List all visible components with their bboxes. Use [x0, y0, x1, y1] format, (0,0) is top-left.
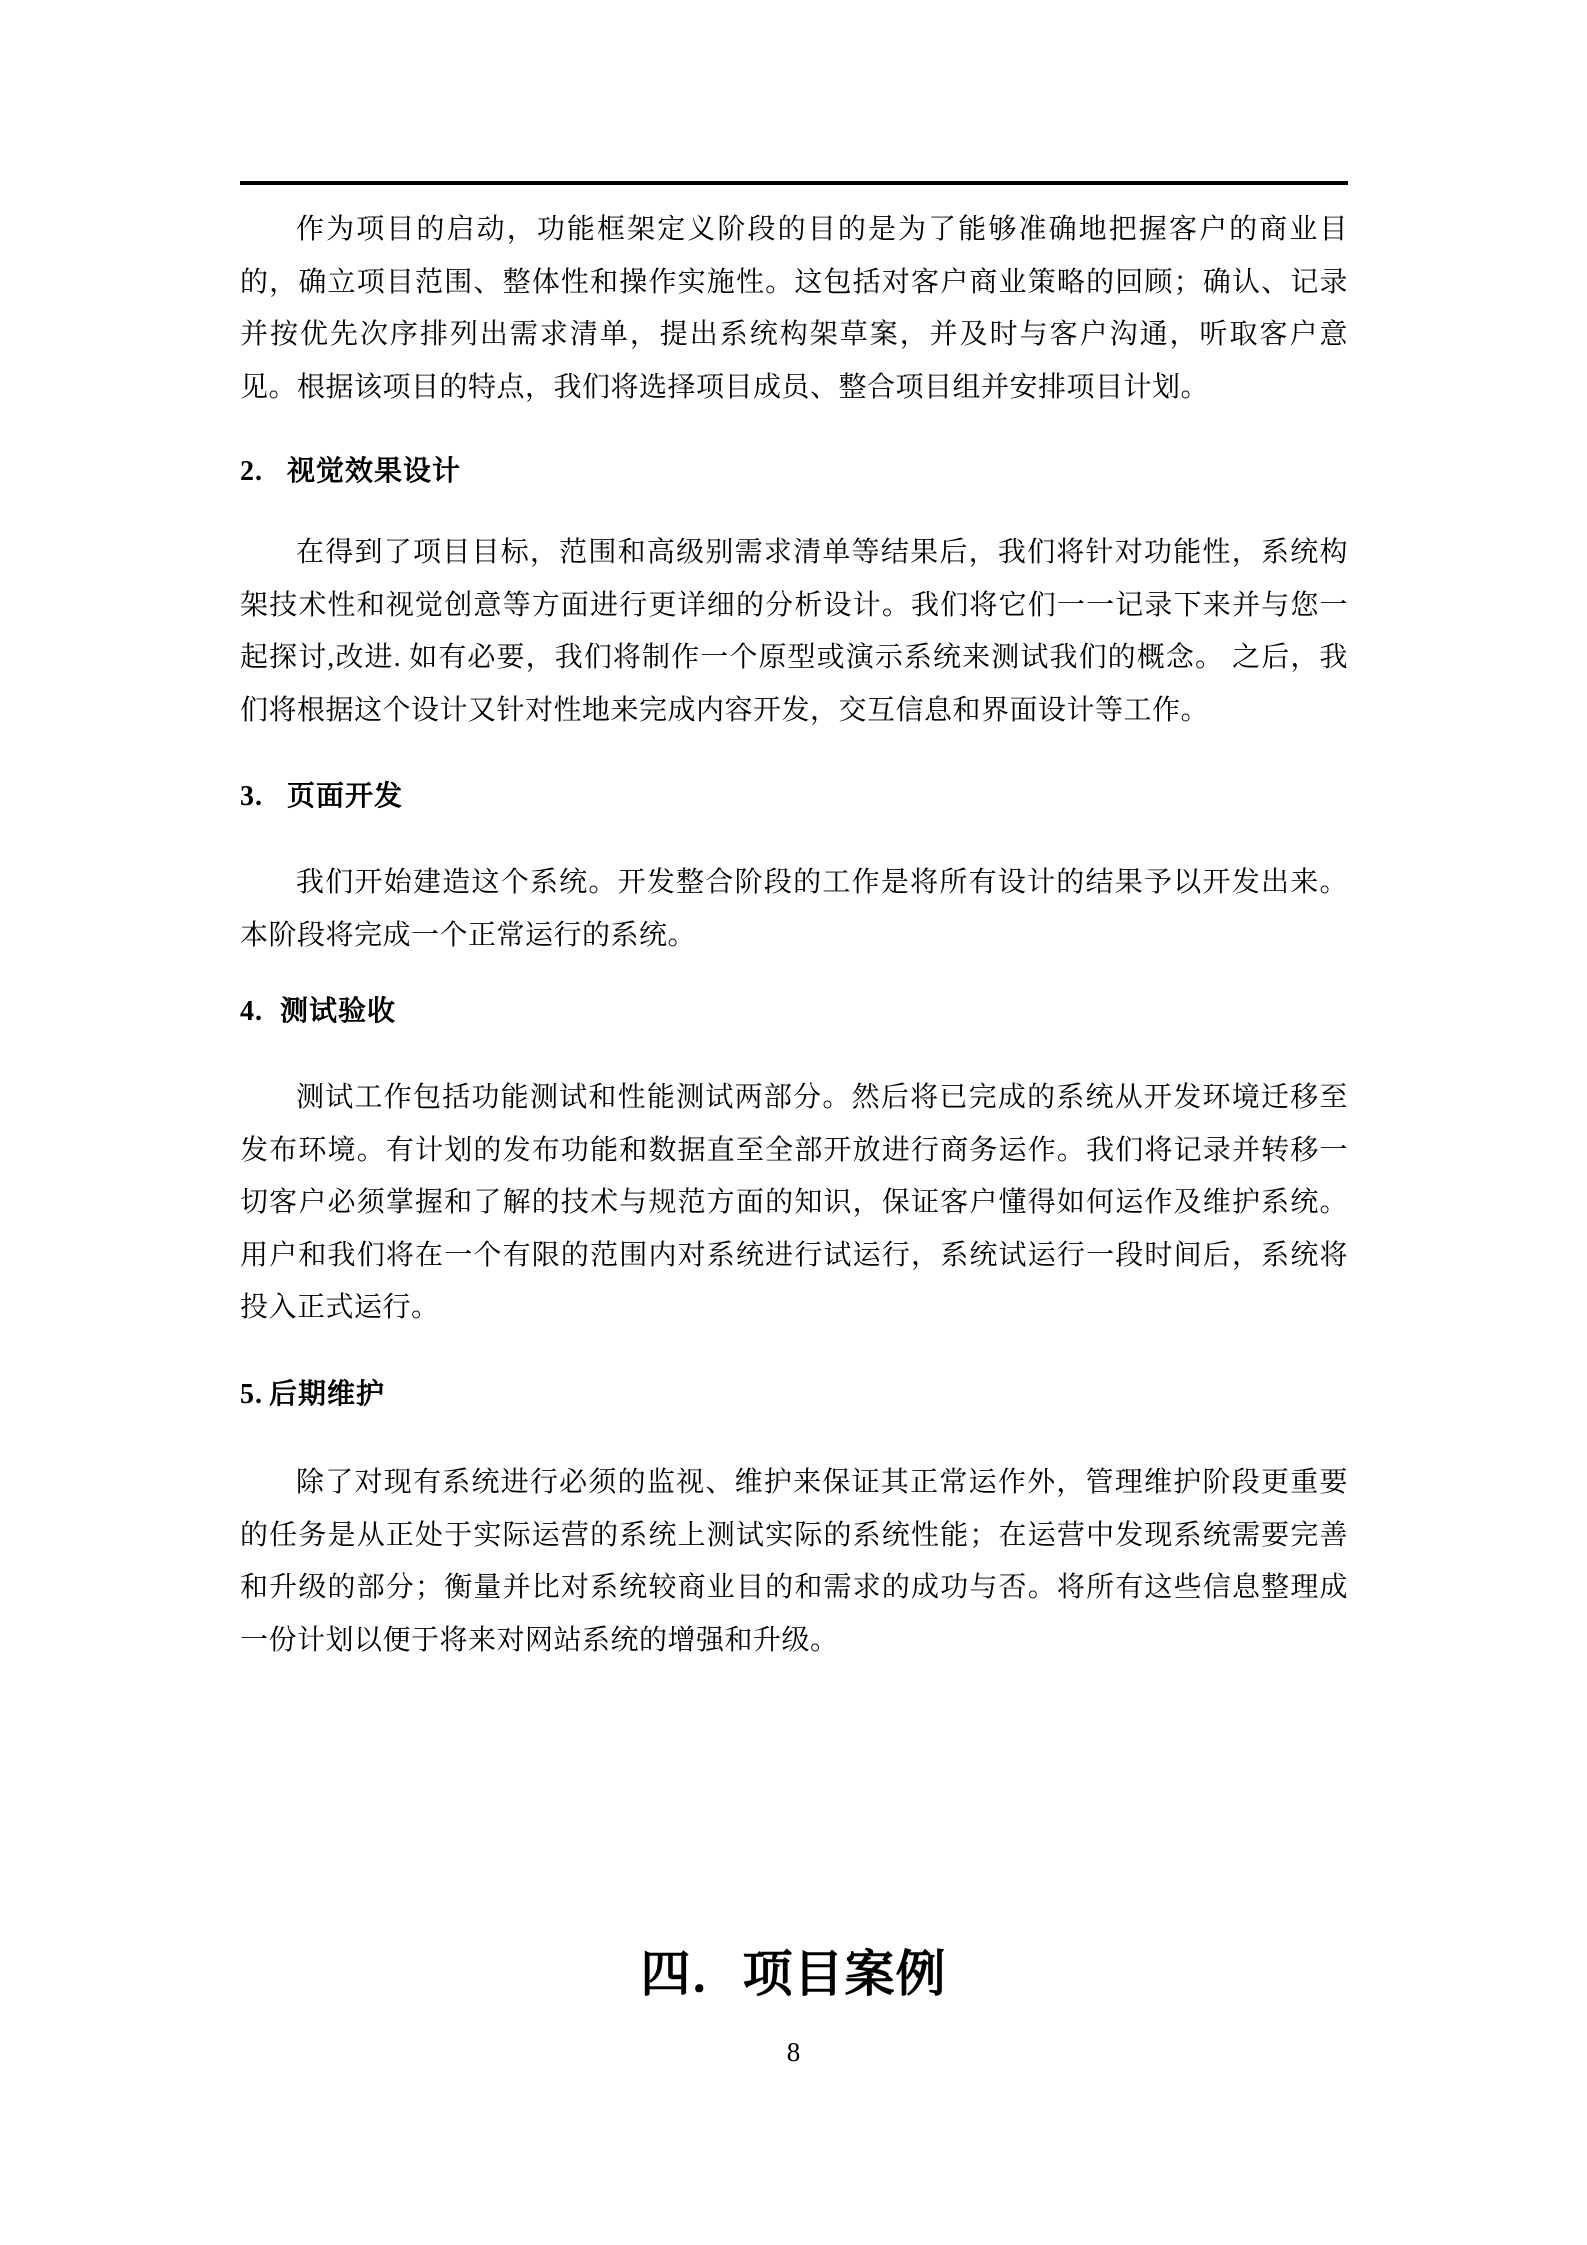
section-paragraph-testing-acceptance: 测试工作包括功能测试和性能测试两部分。然后将已完成的系统从开发环境迁移至发布环境… — [240, 1072, 1348, 1335]
intro-paragraph: 作为项目的启动，功能框架定义阶段的目的是为了能够准确地把握客户的商业目的，确立项… — [240, 204, 1348, 414]
section-number: 3. — [240, 771, 287, 823]
section-title: 测试验收 — [280, 996, 396, 1027]
section-number: 4. — [240, 986, 280, 1038]
section-heading-maintenance: 5.后期维护 — [240, 1369, 1348, 1421]
section-heading-testing-acceptance: 4.测试验收 — [240, 986, 1348, 1038]
document-page: 作为项目的启动，功能框架定义阶段的目的是为了能够准确地把握客户的商业目的，确立项… — [0, 0, 1587, 2245]
page-number: 8 — [0, 2036, 1587, 2068]
header-rule — [240, 181, 1348, 185]
section-title: 视觉效果设计 — [287, 456, 461, 487]
section-title: 页面开发 — [287, 781, 403, 812]
section-number: 2. — [240, 446, 287, 498]
section-number: 5. — [240, 1369, 269, 1421]
section-heading-page-development: 3.页面开发 — [240, 771, 1348, 823]
section-paragraph-visual-design: 在得到了项目目标，范围和高级别需求清单等结果后，我们将针对功能性，系统构架技术性… — [240, 527, 1348, 737]
chapter-title: 四．项目案例 — [0, 1944, 1587, 2004]
section-paragraph-page-development: 我们开始建造这个系统。开发整合阶段的工作是将所有设计的结果予以开发出来。本阶段将… — [240, 857, 1348, 962]
section-heading-visual-design: 2.视觉效果设计 — [240, 446, 1348, 498]
section-title: 后期维护 — [269, 1379, 385, 1410]
section-paragraph-maintenance: 除了对现有系统进行必须的监视、维护来保证其正常运作外，管理维护阶段更重要的任务是… — [240, 1457, 1348, 1667]
